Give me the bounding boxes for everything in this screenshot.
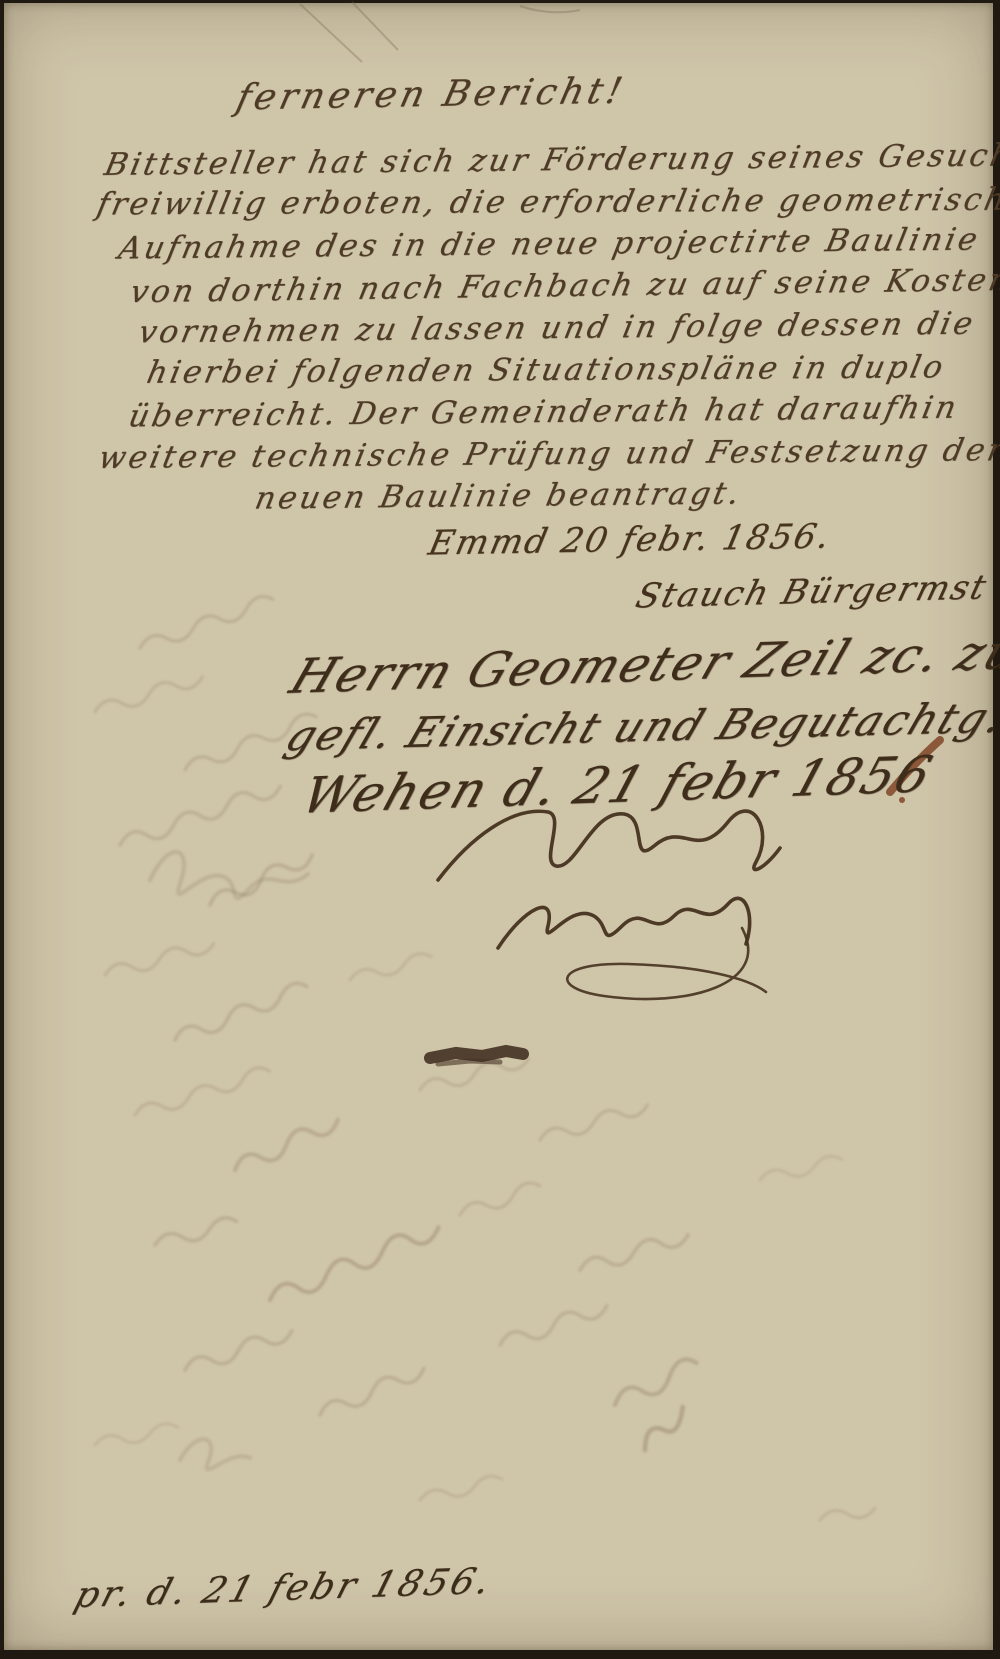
letter-dateline: Emmd 20 febr. 1856. bbox=[425, 517, 835, 564]
scanned-letter-page: ferneren Bericht! Bittsteller hat sich z… bbox=[0, 0, 1000, 1659]
letter-body-line: neuen Baulinie beantragt. bbox=[252, 475, 745, 516]
letter-heading: ferneren Bericht! bbox=[232, 71, 629, 119]
letter-body-line: hierbei folgenden Situationspläne in dup… bbox=[144, 349, 949, 391]
letter-body-line: freiwillig erboten, die erforderliche ge… bbox=[94, 182, 1000, 223]
